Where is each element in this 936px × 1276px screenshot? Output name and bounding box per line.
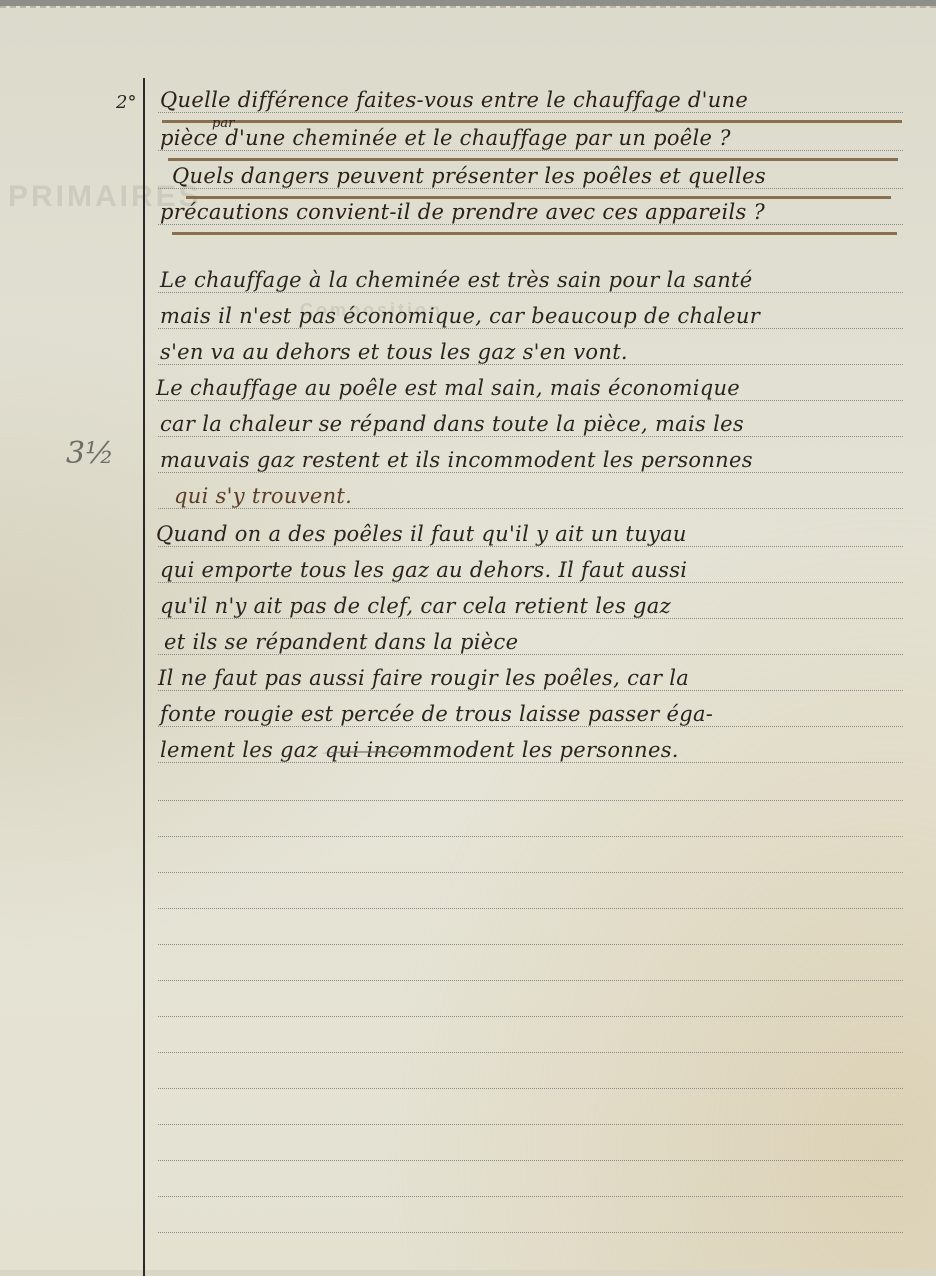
ruled-line: [158, 188, 903, 189]
answer-line: Quand on a des poêles il faut qu'il y ai…: [156, 522, 687, 546]
ruled-line: [158, 292, 903, 293]
notebook-page: PRIMAIRES Composition 2° 3½ par Quelle d…: [0, 6, 936, 1268]
ruled-line: [158, 508, 903, 509]
blank-ruled-line: [158, 1088, 903, 1089]
teacher-pencil-mark: [322, 751, 422, 756]
blank-ruled-line: [158, 1124, 903, 1125]
ruled-line: [158, 654, 903, 655]
answer-line: et ils se répandent dans la pièce: [164, 630, 518, 654]
blank-ruled-line: [158, 1196, 903, 1197]
ruled-line: [158, 150, 903, 151]
ruled-line: [158, 618, 903, 619]
grade-mark: 3½: [66, 436, 114, 471]
blank-ruled-line: [158, 944, 903, 945]
answer-line: mauvais gaz restent et ils incommodent l…: [160, 448, 753, 472]
ruled-line: [158, 472, 903, 473]
ruled-line: [158, 328, 903, 329]
answer-line: s'en va au dehors et tous les gaz s'en v…: [160, 340, 628, 364]
question-number: 2°: [116, 92, 136, 113]
blank-ruled-line: [158, 1016, 903, 1017]
answer-line: car la chaleur se répand dans toute la p…: [160, 412, 744, 436]
answer-line: lement les gaz qui incommodent les perso…: [160, 738, 679, 762]
ruled-line: [158, 546, 903, 547]
ruled-line: [158, 112, 903, 113]
answer-line: Le chauffage à la cheminée est très sain…: [160, 268, 753, 292]
answer-line: qu'il n'y ait pas de clef, car cela reti…: [160, 594, 671, 618]
blank-ruled-line: [158, 800, 903, 801]
blank-ruled-line: [158, 1232, 903, 1233]
margin-line: [143, 78, 145, 1268]
question-line: précautions convient-il de prendre avec …: [160, 200, 765, 224]
ruled-line: [158, 436, 903, 437]
blank-ruled-line: [158, 908, 903, 909]
answer-line: Le chauffage au poêle est mal sain, mais…: [156, 376, 740, 400]
answer-line: qui emporte tous les gaz au dehors. Il f…: [160, 558, 687, 582]
blank-ruled-line: [158, 980, 903, 981]
question-line: Quelle différence faites-vous entre le c…: [160, 88, 748, 112]
ruled-line: [158, 762, 903, 763]
blank-ruled-line: [158, 1052, 903, 1053]
question-underline: [162, 120, 902, 123]
ruled-line: [158, 582, 903, 583]
ruled-line: [158, 690, 903, 691]
question-underline: [168, 158, 898, 161]
ruled-line: [158, 364, 903, 365]
answer-line: fonte rougie est percée de trous laisse …: [160, 702, 713, 726]
question-line: Quels dangers peuvent présenter les poêl…: [172, 164, 766, 188]
ruled-line: [158, 224, 903, 225]
question-underline: [172, 232, 897, 235]
answer-line: Il ne faut pas aussi faire rougir les po…: [158, 666, 689, 690]
ruled-line: [158, 726, 903, 727]
ruled-line: [158, 400, 903, 401]
answer-line: qui s'y trouvent.: [174, 484, 352, 508]
blank-ruled-line: [158, 872, 903, 873]
answer-line: mais il n'est pas économique, car beauco…: [160, 304, 760, 328]
question-underline: [186, 196, 891, 199]
blank-ruled-line: [158, 1160, 903, 1161]
question-line: pièce d'une cheminée et le chauffage par…: [160, 126, 731, 150]
blank-ruled-line: [158, 836, 903, 837]
